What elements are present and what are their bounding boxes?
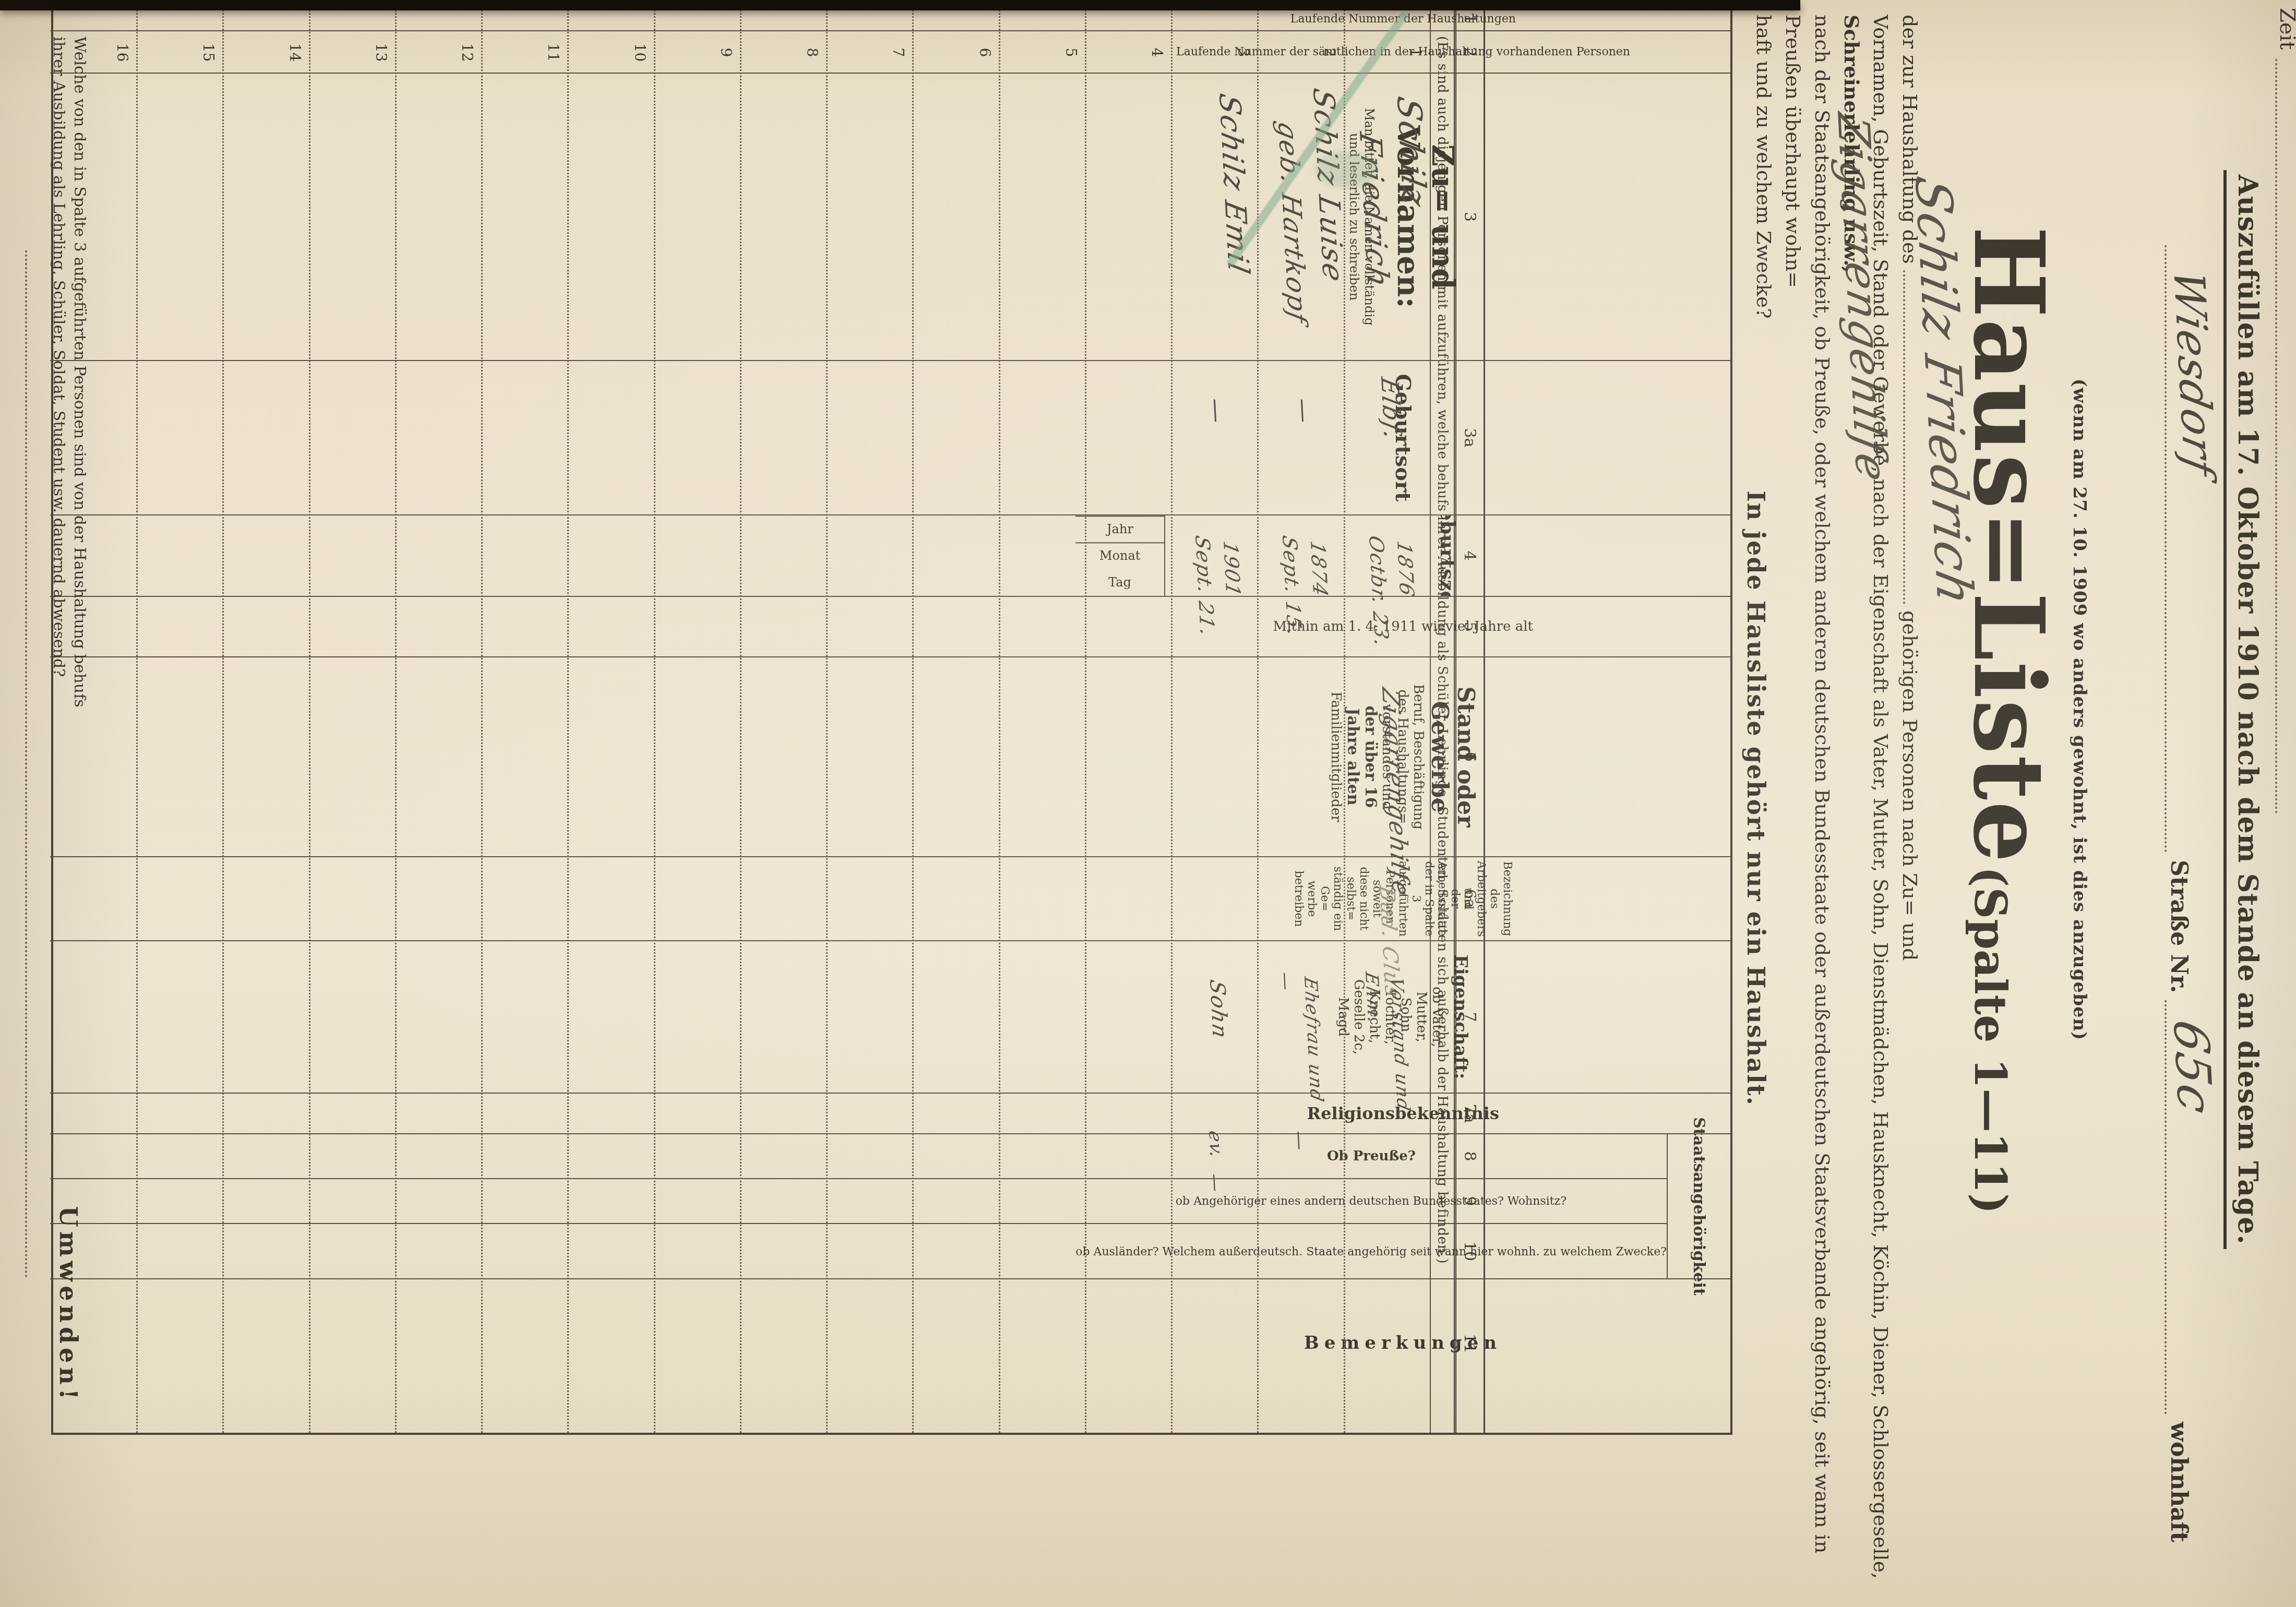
entry-r2-religion: — xyxy=(1288,1129,1311,1154)
house-number-handwriting: 65c xyxy=(2162,1016,2223,1119)
strasse-label: Straße Nr. xyxy=(2165,853,2192,1000)
census-table: Laufende Nummer der Haushaltungen Laufen… xyxy=(51,5,1732,1435)
number-fill-line: 65c xyxy=(2165,1000,2194,1414)
book-gutter-edge xyxy=(0,0,1800,10)
entry-r3-name: Schilz Emil xyxy=(1212,91,1255,277)
footer-question-row: Welche von den in Spalte 3 aufgeführten … xyxy=(48,37,90,1424)
scan-stage: Zeit Auszufüllen am 17. Oktober 1910 nac… xyxy=(0,0,2296,1607)
entry-r3-geburtsort: — xyxy=(1202,396,1231,427)
fill-date-text: Auszufüllen am 17. Oktober 1910 nach dem… xyxy=(2223,170,2264,1249)
entry-r1-eigenschaft: Vorstand und Ehm. xyxy=(1359,970,1417,1128)
footer-answer-line xyxy=(25,250,27,1278)
handwritten-entries: Schilz Friedrich Elbf. 1876 Octbr. 23. Z… xyxy=(50,7,1430,1433)
address-line: Wiesdorf Straße Nr. 65c wohnhaft xyxy=(2165,245,2194,1550)
entry-r2-eigenschaft: Ehefrau und — xyxy=(1273,970,1331,1128)
main-title: Haus=Liste (Spalte 1—11) xyxy=(1952,0,2066,1440)
zeit-fill-line: Zeit xyxy=(2275,8,2296,814)
footer-question: Welche von den in Spalte 3 aufgeführten … xyxy=(48,37,90,707)
staatsangehoerigkeit-label: Staatsangehörigkeit xyxy=(1667,1134,1730,1278)
intro-line4: nach der Staatsangehörigkeit, ob Preuße,… xyxy=(1781,15,1834,1553)
place-handwriting: Wiesdorf xyxy=(2163,266,2223,480)
entry-r3-geburtszeit: 1901 Sept. 21. xyxy=(1188,533,1250,645)
entry-r2-geburtszeit: 1874 Sept. 15. xyxy=(1275,533,1337,645)
place-fill-line: Wiesdorf xyxy=(2165,245,2194,853)
moved-note: (wenn am 27. 10. 1909 wo anders gewohnt,… xyxy=(2069,0,2090,1419)
entry-r3-preusse: — xyxy=(1204,1172,1226,1195)
one-household-rule: In jede Hausliste gehört nur ein Haushal… xyxy=(1742,0,1770,1597)
wohnhaft-label: wohnhaft xyxy=(2165,1414,2192,1550)
column-number: 8 xyxy=(1456,1134,1484,1179)
entry-r2-geburtsort: — xyxy=(1289,396,1319,427)
census-form-page: Zeit Auszufüllen am 17. Oktober 1910 nac… xyxy=(0,0,2296,1607)
entry-r1-name-l1: Schilz xyxy=(1389,93,1433,211)
table-header-row: Laufende Nummer der Haushaltungen Laufen… xyxy=(1484,7,1730,1433)
entry-r3-religion: ev. xyxy=(1204,1129,1227,1161)
zeit-dotted-line xyxy=(2275,59,2296,814)
green-pencil-smudge xyxy=(1315,151,1378,188)
entry-r1-geburtszeit: 1876 Octbr. 23. xyxy=(1362,533,1424,655)
table-data-area: 12345678910111213141516 Schilz Friedrich… xyxy=(50,7,1430,1433)
entry-r1-gewerbe: Zigarrengehilfe xyxy=(1377,686,1416,900)
fill-date-headline: Auszufüllen am 17. Oktober 1910 nach dem… xyxy=(2223,0,2264,1419)
zeit-label: Zeit xyxy=(2275,8,2296,50)
main-title-sub: (Spalte 1—11) xyxy=(1965,867,2016,1214)
entry-r3-eigenschaft: Sohn xyxy=(1205,978,1232,1041)
intro-line1-post: gehörigen Personen nach Zu= und xyxy=(1898,610,1921,961)
entry-r1-geburtsort: Elbf. xyxy=(1376,375,1407,443)
turn-over-label: Umwenden! xyxy=(54,1206,90,1404)
